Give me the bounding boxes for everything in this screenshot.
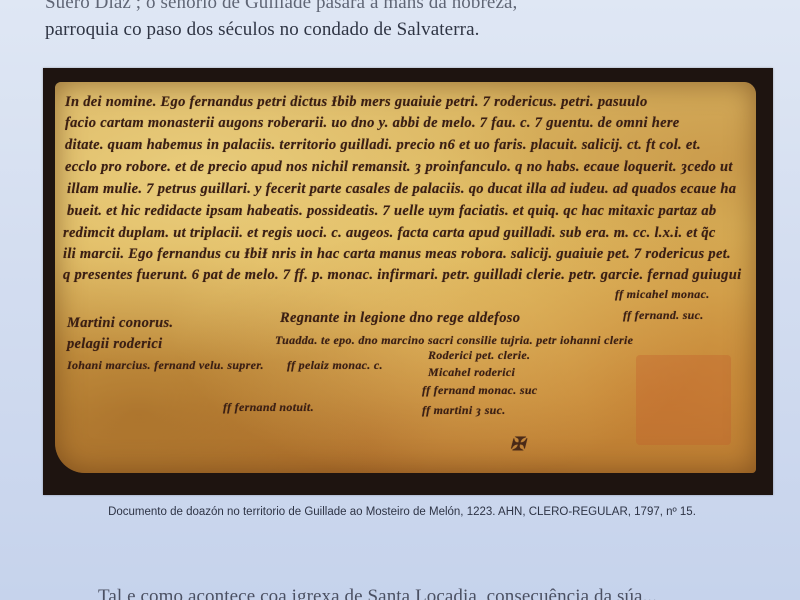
witness-center: Regnante in legione dno rege aldefoso	[280, 310, 520, 327]
manuscript-line: facio cartam monasterii augons roberarii…	[65, 115, 680, 132]
witness-lower-center: ff fernand monac. suc	[422, 383, 537, 398]
witness-left: Martini conorus.	[67, 315, 173, 332]
parchment-stain	[636, 355, 731, 445]
manuscript-figure: In dei nomine. Ego fernandus petri dictu…	[43, 68, 773, 495]
witness-center: Tuadda. te epo. dno marcino sacri consil…	[275, 333, 633, 348]
witness-left: pelagii roderici	[67, 336, 162, 353]
witness-lower-left: ff fernand notuit.	[223, 400, 314, 415]
manuscript-line: ili marcii. Ego fernandus cu ƗbiƗ nris i…	[63, 246, 731, 263]
witness-left: Iohani marcius. fernand velu. suprer.	[67, 358, 264, 373]
parchment: In dei nomine. Ego fernandus petri dictu…	[55, 82, 756, 473]
manuscript-line: In dei nomine. Ego fernandus petri dictu…	[65, 94, 648, 111]
paragraph-top-end: parroquia co paso dos séculos no condado…	[45, 19, 479, 41]
paragraph-top-partial: Suero Díaz ; o señorío de Guillade pasar…	[45, 0, 517, 14]
manuscript-line: q presentes fuerunt. 6 pat de melo. 7 ff…	[63, 267, 741, 284]
manuscript-line: bueit. et hic redidacte ipsam habeatis. …	[67, 203, 716, 220]
manuscript-line: redimcit duplam. ut triplacii. et regis …	[63, 225, 716, 242]
witness-lower-center: Micahel roderici	[428, 365, 515, 380]
manuscript-line: ditate. quam habemus in palaciis. territ…	[65, 137, 701, 154]
paragraph-bottom-partial: Tal e como acontece coa igrexa de Santa …	[98, 586, 657, 600]
figure-caption: Documento de doazón no territorio de Gui…	[0, 506, 800, 518]
witness-right: ff micahel monac.	[615, 287, 710, 302]
manuscript-line: ecclo pro robore. et de precio apud nos …	[65, 159, 733, 176]
witness-lower-center: Roderici pet. clerie.	[428, 348, 530, 363]
witness-lower-center: ff martini ȝ suc.	[422, 403, 506, 418]
seal-mark-icon: ✠	[510, 434, 525, 455]
manuscript-line: illam mulie. 7 petrus guillari. y feceri…	[67, 181, 736, 198]
witness-center: ff pelaiz monac. c.	[287, 358, 383, 373]
witness-right: ff fernand. suc.	[623, 308, 704, 323]
